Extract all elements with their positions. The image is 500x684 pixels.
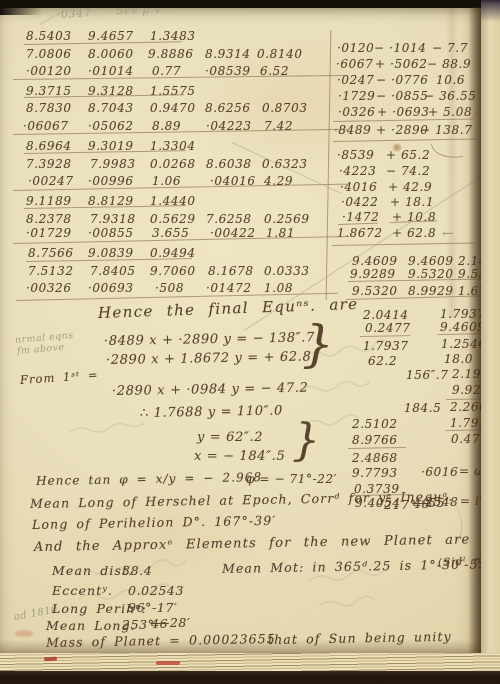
equation: ·2890 x + ·0984 y = − 47.2 (112, 381, 309, 399)
residual-value: − ·0776 (376, 73, 428, 87)
sum-rule (332, 243, 474, 247)
log-value: 9.4657 (88, 29, 134, 43)
calc-value: 62.2 (368, 354, 397, 368)
log-value: 9.4609 (408, 254, 454, 268)
residual-value: + 65.2 (386, 148, 430, 162)
log-value: ·06067 (23, 119, 69, 133)
brace: } (292, 421, 320, 461)
log-value: 0.8703 (262, 101, 308, 115)
residual-value: + 42.9 (388, 180, 432, 194)
residual-value: − 7.7 (432, 41, 468, 55)
prose-line: Long of Perihelion D°. 167°-39′ (32, 513, 277, 532)
equation: ·8489 x + ·2890 y = − 138″.7 (104, 330, 315, 349)
calc-value: 2.0414 (363, 308, 409, 322)
log-value: 9.0839 (88, 246, 134, 260)
calc-value: 2.4868 (352, 451, 398, 465)
log-value: ·00326 (26, 281, 72, 295)
manuscript-text-layer: ·0347See p.4nrmal eqnsfm abovead 18108.5… (0, 0, 500, 684)
calc-value: 184.5 (404, 401, 441, 415)
log-value: 0.9470 (150, 101, 196, 115)
calc-value: 156″.7 (406, 368, 448, 382)
red-edge-mark (44, 657, 57, 662)
log-value: ·01472 (206, 281, 252, 295)
manuscript-photo: ·0347See p.4nrmal eqnsfm abovead 18108.5… (0, 0, 500, 684)
log-value: 8.7566 (28, 246, 74, 260)
equation: y = 62″.2 (197, 430, 263, 445)
log-value: ·00855 (88, 226, 134, 240)
residual-value: − ·1014 (374, 41, 426, 55)
element-value: -28′ (165, 615, 190, 630)
log-value: ·05062 (88, 119, 134, 133)
equation: ·2890 x + 1.8672 y = + 62.8 (106, 349, 312, 368)
residual-value: − 88.9 (427, 57, 471, 71)
red-stamp-smudge (15, 630, 33, 637)
margin-note: From 1ˢᵗ = (20, 368, 99, 387)
red-edge-mark (156, 661, 180, 665)
residual-value: ·8539 (337, 148, 374, 162)
log-value: 7.9318 (90, 212, 136, 226)
calc-value: 2.5102 (352, 417, 398, 431)
photo-dark-corner (0, 8, 42, 15)
log-value: 9.9289 (350, 267, 396, 281)
log-value: 8.9314 (205, 47, 251, 61)
calc-value: 0.2477 (365, 321, 411, 335)
log-value: 0.8140 (257, 47, 303, 61)
residual-value: + ·0693 (377, 105, 429, 119)
equation: x = − 184″.5 (194, 449, 285, 464)
residual-value: ·1729 (338, 89, 375, 103)
column-separator (326, 30, 332, 300)
log-value: 8.1678 (208, 264, 254, 278)
log-value: 8.6964 (26, 139, 72, 153)
sum-rule (348, 447, 406, 449)
equation: φ = − 71°-22′ (246, 472, 337, 486)
page-fold-shadow (468, 7, 482, 657)
log-value: ·00247 (28, 174, 74, 188)
log-value: 7.5132 (28, 264, 74, 278)
residual-value: − 138.7 (420, 123, 472, 137)
calc-value: 8.9766 (352, 433, 398, 447)
calc-value: 1.7937 (363, 339, 409, 353)
residual-value: ·0326 (338, 105, 375, 119)
residual-value: + 5.08 (428, 105, 472, 119)
residual-value: + ·5062 (375, 57, 427, 71)
log-value: 0.0268 (150, 157, 196, 171)
log-value: 0.2569 (264, 212, 310, 226)
log-value: ·00120 (26, 64, 72, 78)
log-value: 9.5320 (352, 284, 398, 298)
log-value: 7.3928 (26, 157, 72, 171)
residual-value: 1.8672 (337, 226, 383, 240)
log-value: 7.8405 (90, 264, 136, 278)
book-page-edges (0, 653, 500, 673)
log-value: 8.6038 (206, 157, 252, 171)
sum-rule (338, 223, 378, 226)
residual-value: − ·0855 (376, 89, 428, 103)
log-value: 7.0806 (26, 47, 72, 61)
log-value: 9.8886 (148, 47, 194, 61)
log-value: 9.1189 (26, 194, 72, 208)
residual-value: − 74.2 (386, 164, 430, 178)
arrow-left: ← (442, 226, 454, 242)
log-value: 0.0333 (264, 264, 310, 278)
book-binding (0, 671, 500, 684)
calc-value: ·6016 (421, 465, 458, 479)
log-value: 8.5403 (26, 29, 72, 43)
sum-rule (333, 119, 473, 123)
residual-value: ·0120 (337, 41, 374, 55)
pencil-note: ·0347 (57, 6, 92, 21)
adjacent-page-dark-corner (481, 0, 500, 22)
log-value: 8.7830 (26, 101, 72, 115)
log-value: ·508 (155, 281, 184, 295)
element-value: 0.02543 (128, 583, 184, 598)
log-value: 7.6258 (206, 212, 252, 226)
log-value: 8.7043 (88, 101, 134, 115)
log-value: 0.5629 (150, 212, 196, 226)
residual-value: + 18.1 (390, 195, 434, 209)
sum-rule (360, 335, 410, 337)
log-value: ·01729 (26, 226, 72, 240)
log-value: ·00996 (88, 174, 134, 188)
log-value: 8.6256 (205, 101, 251, 115)
log-value: 8.2378 (26, 212, 72, 226)
adjacent-page-edge (481, 2, 500, 662)
log-value: 1.5575 (150, 84, 196, 98)
log-value: ·00693 (88, 281, 134, 295)
element-value: 38.4 (122, 563, 152, 578)
residual-value: ·0422 (341, 195, 378, 209)
element-value: 96°-17′ (128, 600, 178, 615)
log-value: 9.7060 (150, 264, 196, 278)
residual-value: ·6067 (336, 57, 373, 71)
log-value: 8.0060 (88, 47, 134, 61)
residual-value: ·4223 (339, 164, 376, 178)
prose-line: And the Approxᵉ Elements for the new Pla… (34, 532, 471, 555)
photo-dark-edge-top (0, 0, 500, 8)
log-value: ·01014 (88, 64, 134, 78)
log-value: 3.655 (152, 226, 189, 240)
log-value: 0.77 (152, 64, 181, 78)
calc-value: 9.7793 (352, 466, 398, 480)
element-label: Eccentʸ. (52, 583, 113, 598)
residual-value: ·4016 (340, 180, 377, 194)
equation: ∴ 1.7688 y = 110″.0 (140, 404, 283, 421)
residual-value: 10.6 (436, 73, 465, 87)
equation: Hence tan φ = x∕y = − 2.968 (36, 470, 262, 488)
log-value: 7.9983 (90, 157, 136, 171)
